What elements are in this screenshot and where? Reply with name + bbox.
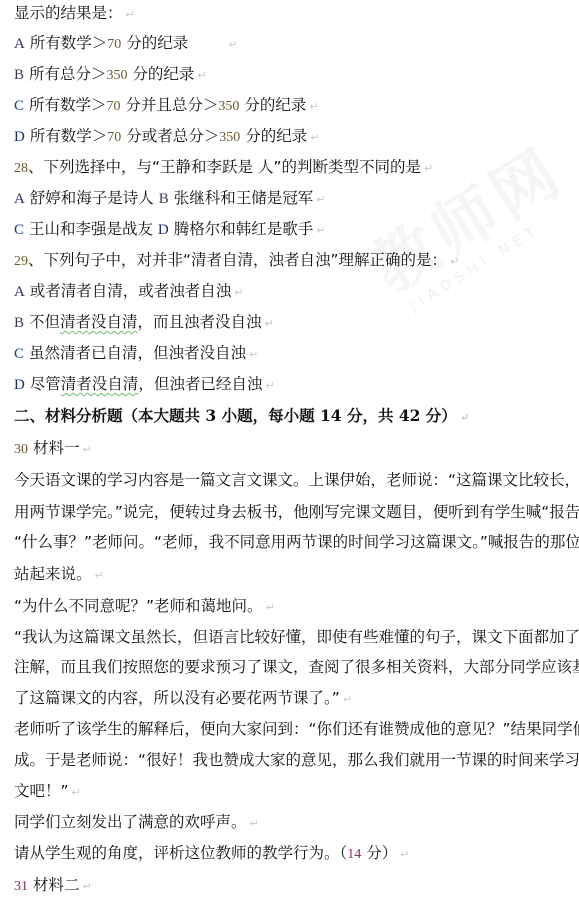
- paragraph-mark-icon: ↵: [82, 880, 91, 893]
- q27-tail: 显示的结果是：↵: [14, 3, 135, 23]
- material-title: 材料二: [33, 876, 80, 894]
- paragraph-mark-icon: ↵: [400, 848, 409, 861]
- q30-line: “什么事？”老师问。“老师，我不同意用两节课的时间学习这篇课文。”喊报告的那位同…: [14, 532, 579, 552]
- q30-line: “我认为这篇课文虽然长，但语言比较好懂，即使有些难懂的句子，课文下面都加了详细的: [14, 627, 579, 647]
- paragraph-mark-icon: ↵: [250, 817, 259, 830]
- paragraph-mark-icon: ↵: [72, 786, 81, 799]
- option-text: 腾格尔和韩红是歌手: [174, 220, 314, 238]
- paragraph-mark-icon: ↵: [424, 162, 433, 175]
- paragraph-mark-icon: ↵: [265, 379, 274, 392]
- paragraph-mark-icon: ↵: [249, 348, 258, 361]
- option-text: 王山和李强是战友: [29, 220, 153, 238]
- option-letter: C: [14, 98, 24, 114]
- option-text: 所有总分＞: [29, 65, 107, 83]
- option-number: 350: [106, 68, 127, 83]
- option-number: 350: [219, 130, 240, 145]
- question-number: 30: [14, 442, 28, 457]
- q27-tail-text: 显示的结果是：: [14, 4, 123, 22]
- paragraph-mark-icon: ↵: [450, 255, 459, 268]
- option-text: 分的纪录: [245, 127, 307, 145]
- q29-option-d: D 尽管清者没自清，但浊者已经自浊↵: [14, 374, 275, 394]
- option-text: 舒婷和海子是诗人: [30, 189, 154, 207]
- q30-title: 30 材料一↵: [14, 438, 92, 458]
- q29-option-b: B 不但清者没自清，而且浊者没自浊↵: [14, 312, 274, 332]
- paragraph-text: 了这篇课文的内容，所以没有必要花两节课了。”: [14, 689, 340, 707]
- option-letter: B: [159, 191, 169, 207]
- q30-prompt: 请从学生观的角度，评析这位教师的教学行为。（14 分）↵: [14, 843, 409, 863]
- q30-line: 同学们立刻发出了满意的欢呼声。↵: [14, 812, 259, 832]
- q30-line: 文吧！”↵: [14, 781, 81, 801]
- option-text: ，而且浊者没自浊: [137, 313, 261, 331]
- option-letter: A: [14, 36, 25, 52]
- paragraph-mark-icon: ↵: [265, 317, 274, 330]
- paragraph-text: “我认为这篇课文虽然长，但语言比较好懂，即使有些难懂的句子，课文下面都加了详细的: [14, 628, 579, 646]
- q29-stem: 29、下列句子中，对并非“清者自清，浊者自浊”理解正确的是：↵: [14, 250, 459, 270]
- q30-line: 注解，而且我们按照您的要求预习了课文，查阅了很多相关资料，大部分同学应该基本掌握: [14, 657, 579, 677]
- option-text: 分的纪录: [132, 65, 194, 83]
- watermark: 教师网: [352, 121, 579, 310]
- option-letter: B: [14, 315, 24, 331]
- paragraph-text: 成。于是老师说：“很好！我也赞成大家的意见，那么我们就用一节课的时间来学习这篇课: [14, 751, 579, 769]
- option-letter: D: [14, 377, 25, 393]
- q30-line: 用两节课学完。”说完，便转过身去板书，他刚写完课文题目，便听到有学生喊“报告”。…: [14, 502, 579, 522]
- paragraph-text: 注解，而且我们按照您的要求预习了课文，查阅了很多相关资料，大部分同学应该基本掌握: [14, 658, 579, 676]
- option-letter: B: [14, 67, 24, 83]
- paragraph-mark-icon: ↵: [197, 69, 206, 82]
- paragraph-mark-icon: ↵: [82, 443, 91, 456]
- q27-option-c: C 所有数学＞70 分并且总分＞350 分的纪录↵: [14, 95, 319, 115]
- q27-option-b: B 所有总分＞350 分的纪录↵: [14, 64, 207, 84]
- paragraph-mark-icon: ↵: [266, 601, 275, 614]
- grammar-squiggle-text: 清者没自清: [60, 313, 138, 331]
- option-text: 分或者总分＞: [126, 127, 219, 145]
- option-text: 所有数学＞: [30, 34, 108, 52]
- paragraph-text: 老师听了该学生的解释后，便向大家问到：“你们还有谁赞成他的意见？”结果同学们都赞: [14, 720, 579, 738]
- q27-option-d: D 所有数学＞70 分或者总分＞350 分的纪录↵: [14, 126, 319, 146]
- paragraph-text: 同学们立刻发出了满意的欢呼声。: [14, 813, 247, 831]
- option-number: 350: [218, 99, 239, 114]
- option-number: 70: [107, 37, 121, 52]
- option-text: 张继科和王储是冠军: [174, 189, 314, 207]
- q27-option-a: A 所有数学＞70 分的纪录↵: [14, 33, 237, 53]
- option-text: 分的纪录: [126, 34, 188, 52]
- question-stem: 、下列句子中，对并非“清者自清，浊者自浊”理解正确的是：: [28, 251, 447, 269]
- option-text: ，但浊者已经自浊: [138, 375, 262, 393]
- paragraph-text: 站起来说。: [14, 565, 92, 583]
- question-number: 29: [14, 254, 28, 269]
- question-number: 31: [14, 879, 28, 894]
- option-letter: D: [14, 129, 25, 145]
- option-number: 70: [107, 130, 121, 145]
- option-text: 尽管: [30, 375, 61, 393]
- grammar-squiggle-text: 清者没自清: [61, 375, 139, 393]
- paragraph-mark-icon: ↵: [310, 131, 319, 144]
- paragraph-mark-icon: ↵: [460, 411, 469, 424]
- option-letter: A: [14, 284, 25, 300]
- question-stem: 、下列选择中，与“王静和李跃是 人”的判断类型不同的是: [28, 158, 421, 176]
- q28-options-cd: C 王山和李强是战友 D 腾格尔和韩红是歌手↵: [14, 219, 325, 239]
- option-letter: C: [14, 346, 24, 362]
- paragraph-mark-icon: ↵: [316, 224, 325, 237]
- paragraph-mark-icon: ↵: [316, 193, 325, 206]
- q29-option-a: A 或者清者自清，或者浊者自浊↵: [14, 281, 244, 301]
- question-prompt: 分）: [366, 844, 397, 862]
- q28-options-ab: A 舒婷和海子是诗人 B 张继科和王储是冠军↵: [14, 188, 325, 208]
- option-text: 分并且总分＞: [125, 96, 218, 114]
- paragraph-mark-icon: ↵: [309, 100, 318, 113]
- option-letter: C: [14, 222, 24, 238]
- paragraph-text: 文吧！”: [14, 782, 69, 800]
- paragraph-mark-icon: ↵: [343, 693, 352, 706]
- option-text: 所有数学＞: [29, 96, 107, 114]
- q30-line: 站起来说。↵: [14, 564, 104, 584]
- q28-stem: 28、下列选择中，与“王静和李跃是 人”的判断类型不同的是↵: [14, 157, 433, 177]
- paragraph-mark-icon: ↵: [228, 38, 237, 51]
- q30-line: 老师听了该学生的解释后，便向大家问到：“你们还有谁赞成他的意见？”结果同学们都赞: [14, 719, 579, 739]
- option-letter: A: [14, 191, 25, 207]
- paragraph-mark-icon: ↵: [234, 286, 243, 299]
- section-heading-text: 二、材料分析题（本大题共 3 小题，每小题 14 分，共 42 分）: [14, 406, 457, 425]
- q30-line: 今天语文课的学习内容是一篇文言文课文。上课伊始，老师说：“这篇课文比较长，我们将: [14, 470, 579, 490]
- question-prompt: 请从学生观的角度，评析这位教师的教学行为。（: [14, 844, 347, 862]
- option-text: 分的纪录: [244, 96, 306, 114]
- option-text: 所有数学＞: [30, 127, 108, 145]
- material-title: 材料一: [33, 439, 80, 457]
- section-heading: 二、材料分析题（本大题共 3 小题，每小题 14 分，共 42 分）↵: [14, 406, 469, 426]
- q31-title: 31 材料二↵: [14, 875, 92, 895]
- score-number: 14: [347, 847, 361, 862]
- option-number: 70: [106, 99, 120, 114]
- q29-option-c: C 虽然清者已自清，但浊者没自浊↵: [14, 343, 258, 363]
- paragraph-text: 今天语文课的学习内容是一篇文言文课文。上课伊始，老师说：“这篇课文比较长，我们将: [14, 471, 579, 489]
- paragraph-text: “为什么不同意呢？”老师和蔼地问。: [14, 597, 263, 615]
- paragraph-text: “什么事？”老师问。“老师，我不同意用两节课的时间学习这篇课文。”喊报告的那位同…: [14, 533, 579, 551]
- question-number: 28: [14, 161, 28, 176]
- q30-line: 成。于是老师说：“很好！我也赞成大家的意见，那么我们就用一节课的时间来学习这篇课: [14, 750, 579, 770]
- q30-line: 了这篇课文的内容，所以没有必要花两节课了。”↵: [14, 688, 352, 708]
- option-text: 或者清者自清，或者浊者自浊: [30, 282, 232, 300]
- option-text: 不但: [29, 313, 60, 331]
- option-letter: D: [158, 222, 169, 238]
- paragraph-mark-icon: ↵: [95, 569, 104, 582]
- option-text: 虽然清者已自清，但浊者没自浊: [29, 344, 246, 362]
- q30-line: “为什么不同意呢？”老师和蔼地问。↵: [14, 596, 275, 616]
- paragraph-text: 用两节课学完。”说完，便转过身去板书，他刚写完课文题目，便听到有学生喊“报告”。: [14, 503, 579, 521]
- paragraph-mark-icon: ↵: [126, 8, 135, 21]
